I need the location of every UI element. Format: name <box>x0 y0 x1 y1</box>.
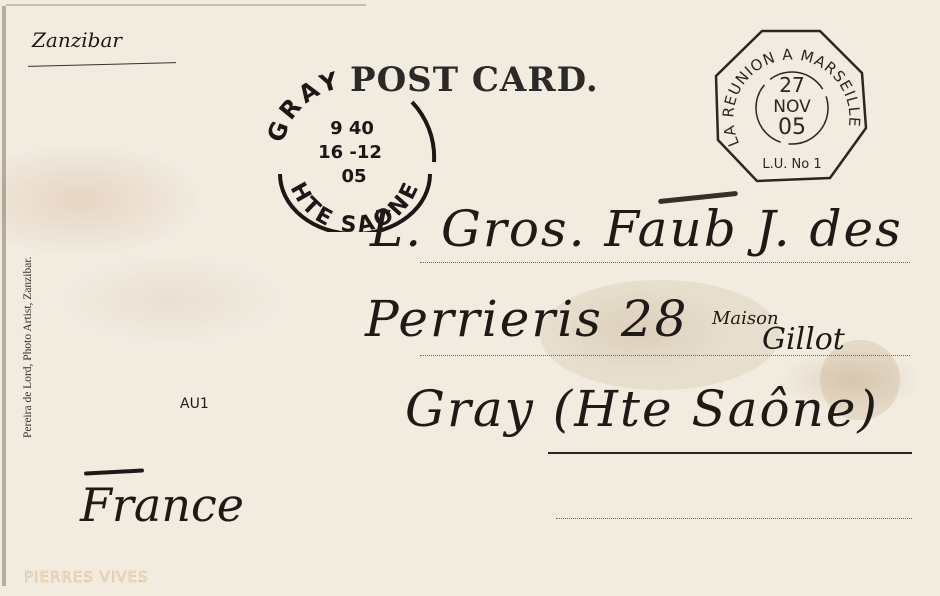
address-line-1: L. Gros. Faub J. des <box>370 200 903 258</box>
address-line-1-rule <box>420 262 910 263</box>
address-line-3-rule <box>548 452 912 454</box>
postcard-back: Zanzibar POST CARD. GRAY 9 40 16 -12 05 … <box>0 0 940 596</box>
address-line-4-rule <box>556 518 912 519</box>
postmark-line-number: L.U. No 1 <box>762 157 821 172</box>
card-edge <box>2 6 6 586</box>
publisher-imprint: Pereira de Lord, Photo Artist, Zanzibar. <box>22 257 34 438</box>
maritime-postmark: LA REUNION A MARSEILLE L.U. No 1 27 NOV … <box>712 28 870 184</box>
ink-stroke <box>84 468 144 475</box>
destination-country: France <box>80 478 244 532</box>
postmark-year: 05 <box>341 166 366 187</box>
watermark: PIERRES VIVES <box>24 568 149 586</box>
origin-underline <box>28 62 176 67</box>
address-line-3: Gray (Hte Saône) <box>405 380 879 438</box>
postmark-month: NOV <box>773 97 811 117</box>
card-top-edge <box>6 4 366 6</box>
pencil-note: AU1 <box>180 396 209 412</box>
address-note-gillot: Gillot <box>762 322 845 357</box>
postmark-day: 27 <box>779 73 804 97</box>
address-line-2: Perrieris 28 <box>365 290 688 348</box>
origin-note: Zanzibar <box>32 28 122 52</box>
postmark-time: 9 40 <box>330 118 374 139</box>
postmark-year: 05 <box>778 115 806 140</box>
postmark-date: 16 -12 <box>318 142 382 163</box>
